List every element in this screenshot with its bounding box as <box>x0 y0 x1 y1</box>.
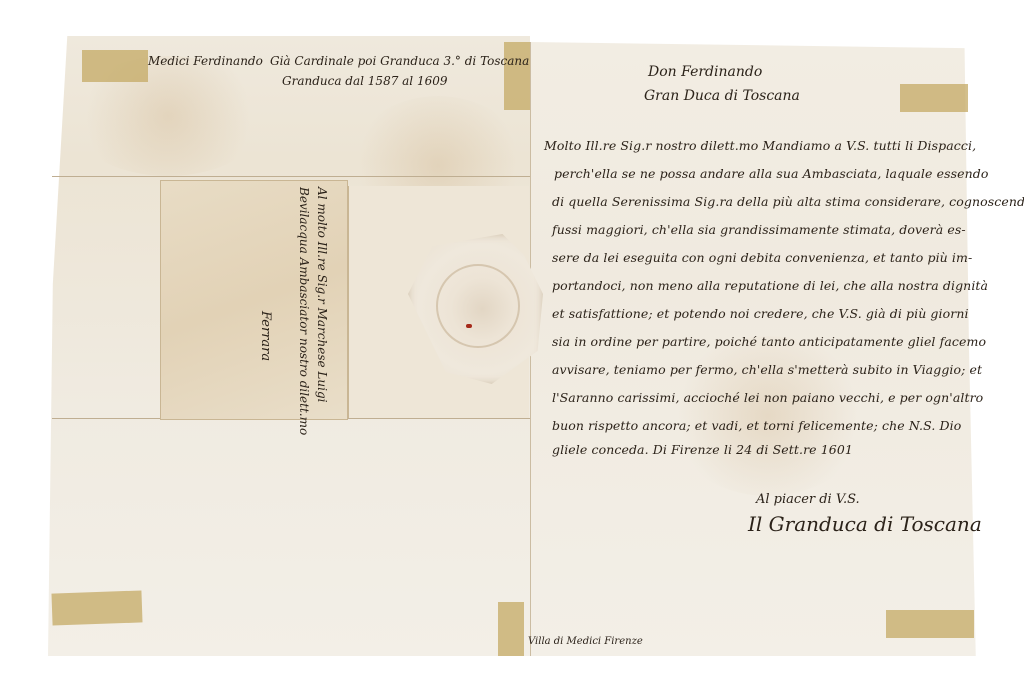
letter-sheet: Al molto Ill.re Sig.r Marchese Luigi Bev… <box>48 36 978 656</box>
body-line: Molto Ill.re Sig.r nostro dilett.mo Mand… <box>544 138 976 153</box>
closing: Al piacer di V.S. <box>756 492 860 507</box>
body-line: fussi maggiori, ch'ella sia grandissimam… <box>552 222 966 237</box>
body-line: gliele conceda. Di Firenze li 24 di Sett… <box>552 442 853 457</box>
address-line-1: Al molto Ill.re Sig.r Marchese Luigi <box>315 187 329 402</box>
seal-ring <box>436 264 520 348</box>
wax-fragment <box>466 324 472 328</box>
footer-note: Villa di Medici Firenze <box>528 636 643 647</box>
address-line-2: Bevilacqua Ambasciator nostro dilett.mo <box>297 187 311 435</box>
archival-tape <box>900 84 968 112</box>
body-line: avvisare, teniamo per fermo, ch'ella s'm… <box>552 362 982 377</box>
heading-line-1: Don Ferdinando <box>648 64 762 80</box>
body-line: sia in ordine per partire, poiché tanto … <box>552 334 986 349</box>
archival-tape <box>82 50 148 82</box>
body-line: l'Saranno carissimi, accioché lei non pa… <box>552 390 983 405</box>
address-panel: Al molto Ill.re Sig.r Marchese Luigi Bev… <box>160 180 348 420</box>
body-line: perch'ella se ne possa andare alla sua A… <box>554 166 989 181</box>
archival-tape <box>886 610 974 638</box>
archive-note-title: Già Cardinale poi Granduca 3.° di Toscan… <box>270 54 529 68</box>
heading-line-2: Gran Duca di Toscana <box>644 88 800 104</box>
fold-line <box>52 176 530 177</box>
archive-note-dates: Granduca dal 1587 al 1609 <box>282 74 448 88</box>
signature: Il Granduca di Toscana <box>748 512 982 536</box>
address-place: Ferrara <box>258 311 273 361</box>
body-line: di quella Serenissima Sig.ra della più a… <box>552 194 1024 209</box>
archival-tape <box>498 602 524 656</box>
archival-tape <box>504 42 530 110</box>
body-line: sere da lei eseguita con ogni debita con… <box>552 250 972 265</box>
body-line: buon rispetto ancora; et vadi, et torni … <box>552 418 961 433</box>
age-stain <box>668 336 868 496</box>
archival-tape <box>51 590 142 625</box>
body-line: et satisfattione; et potendo noi credere… <box>552 306 969 321</box>
archive-note-name: Medici Ferdinando <box>148 54 263 68</box>
body-line: portandoci, non meno alla reputatione di… <box>552 278 988 293</box>
